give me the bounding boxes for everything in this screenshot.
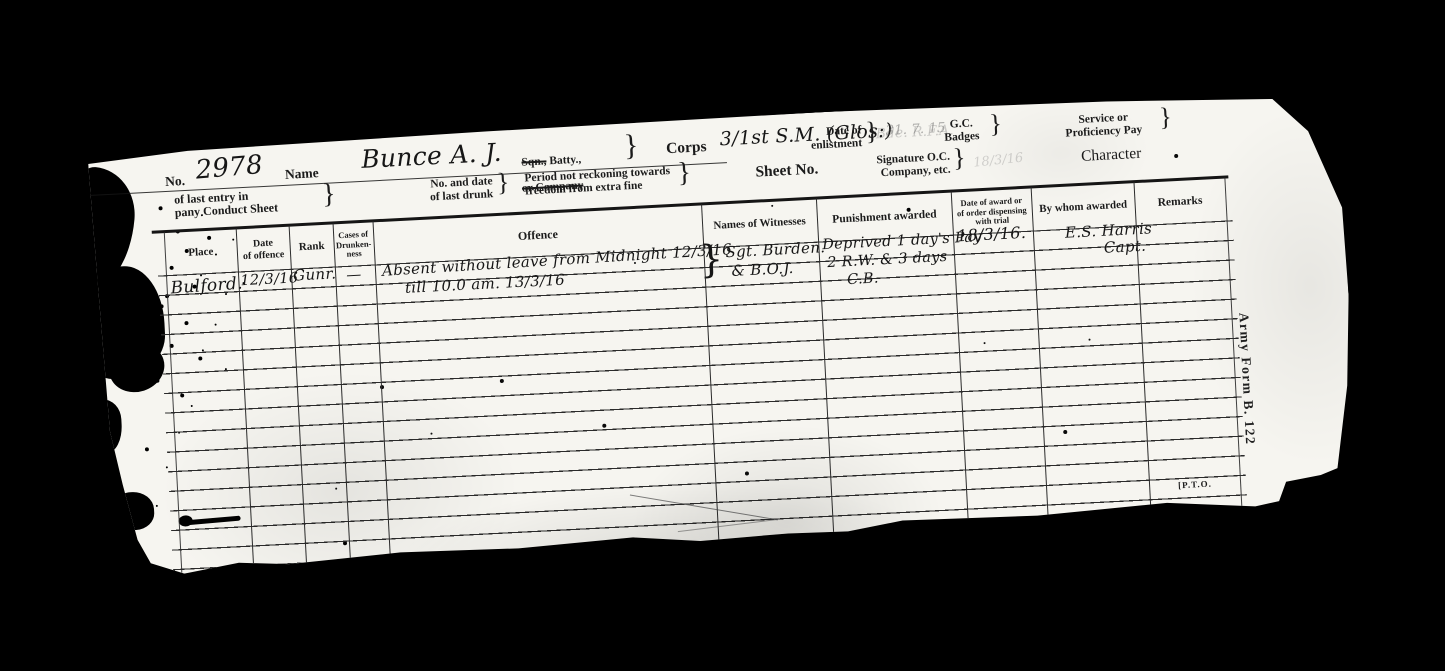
entry-place: Bulford.: [170, 276, 243, 298]
column-header-1: Date of offence: [236, 228, 291, 272]
entry-awarded-by-line2: Capt.: [1103, 239, 1146, 256]
column-header-2: Rank: [289, 225, 335, 268]
ink-speckles: [67, 151, 71, 155]
entry-punishment-line3: C.B.: [847, 271, 879, 287]
conduct-sheet-paper: No. 2978 Name Bunce A. J. Sqn., Batty., …: [67, 86, 1360, 593]
entry-rank: Gunr.: [293, 266, 337, 283]
column-header-0: Place: [164, 230, 238, 275]
pto-note: [P.T.O.: [1178, 479, 1212, 491]
ink-speckles-small: [67, 151, 69, 153]
entry-date-of-offence: 12/3/16: [240, 271, 299, 288]
column-header-9: Remarks: [1134, 180, 1227, 226]
entry-witnesses-line2: & B.O.J.: [731, 261, 794, 279]
scanned-conduct-sheet: No. 2978 Name Bunce A. J. Sqn., Batty., …: [0, 0, 1445, 671]
conduct-table: Bulford. 12/3/16 Gunr. — Absent without …: [67, 86, 1360, 593]
column-header-7: Date of award or of order dispensing wit…: [951, 190, 1033, 235]
entry-drunkenness: —: [346, 267, 362, 283]
column-header-3: Cases of Drunken- ness: [333, 223, 375, 266]
column-header-6: Punishment awarded: [816, 194, 953, 242]
column-header-8: By whom awarded: [1031, 184, 1136, 230]
column-header-5: Names of Witnesses: [701, 201, 818, 248]
